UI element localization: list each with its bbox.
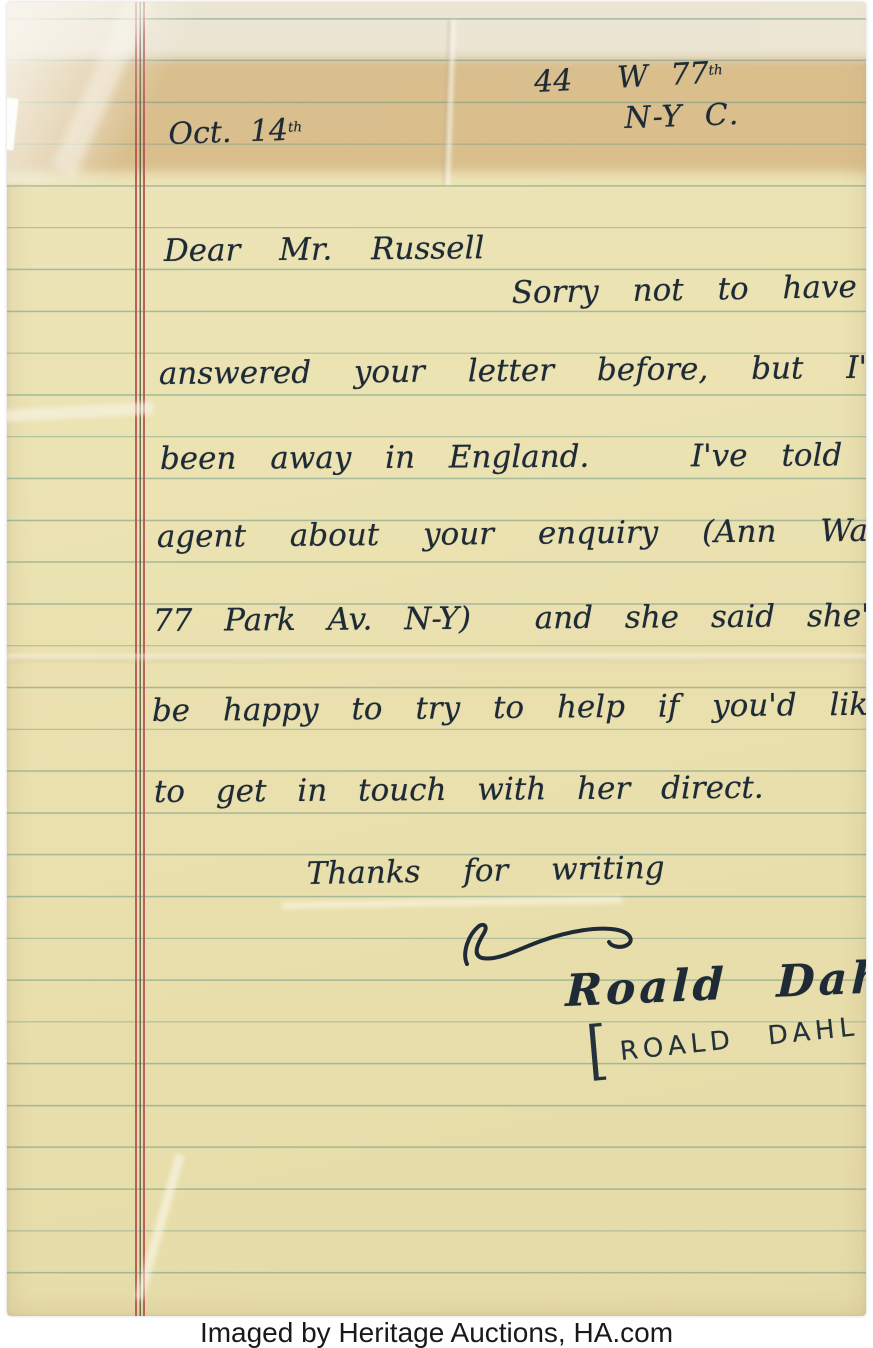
body-line: answered your letter before, but I've bbox=[159, 351, 866, 392]
printed-name: ROALD DAHL bbox=[618, 1012, 860, 1067]
margin-rule bbox=[134, 2, 148, 1316]
date-line: Oct. 14th bbox=[168, 113, 303, 151]
address-superscript: th bbox=[708, 62, 723, 79]
body-line: been away in England. I've told my bbox=[160, 438, 866, 476]
body-line: to get in touch with her direct. bbox=[154, 771, 764, 809]
letter-sheet: 44 W 77th N-Y C. Oct. 14th Dear Mr. Russ… bbox=[7, 2, 866, 1316]
body-line: 77 Park Av. N-Y) and she said she'd bbox=[153, 599, 866, 638]
body-line: be happy to try to help if you'd like bbox=[152, 688, 866, 729]
body-line: agent about your enquiry (Ann Watkins, bbox=[157, 513, 866, 554]
salutation: Dear Mr. Russell bbox=[164, 231, 485, 268]
closing-line: Thanks for writing bbox=[306, 851, 664, 891]
date-superscript: th bbox=[288, 119, 303, 135]
address-line-2: N-Y C. bbox=[624, 98, 741, 135]
imaging-credit: Imaged by Heritage Auctions, HA.com bbox=[0, 1317, 873, 1348]
body-line: Sorry not to have bbox=[511, 270, 857, 310]
open-bracket: [ bbox=[584, 1022, 610, 1081]
